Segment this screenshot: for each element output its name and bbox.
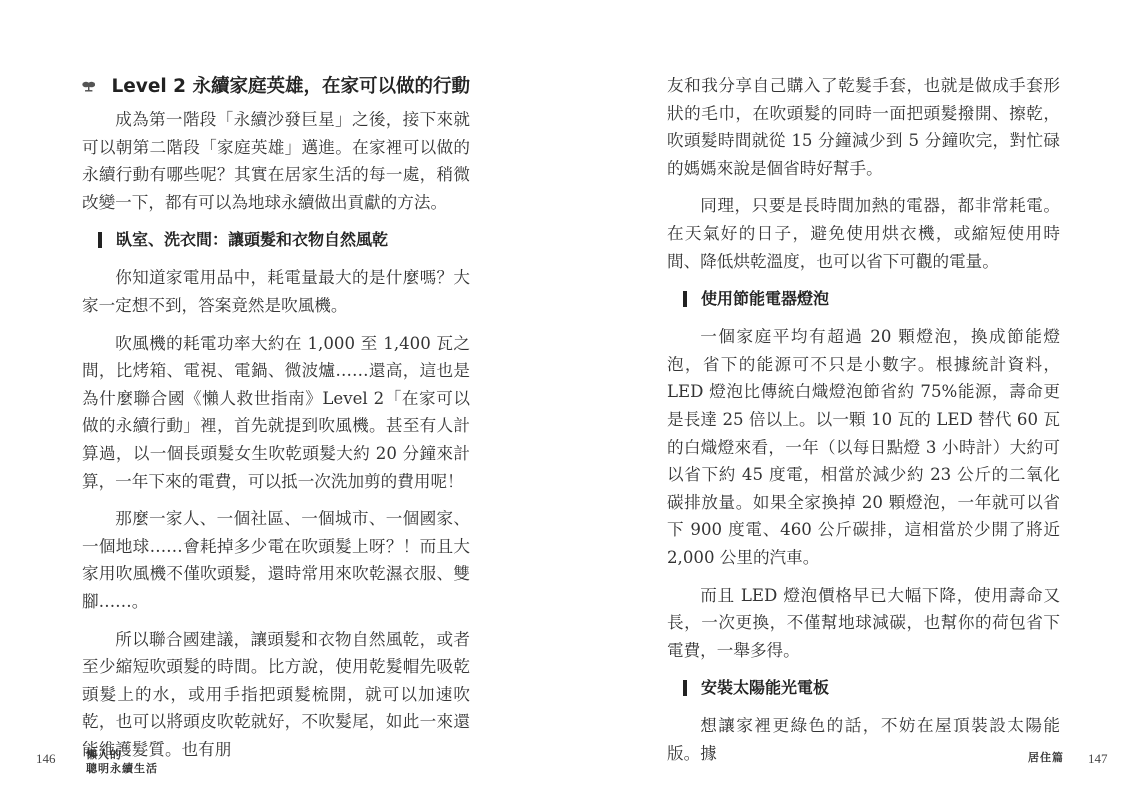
section-bar-icon xyxy=(683,291,687,307)
body-paragraph: 吹風機的耗電功率大約在 1,000 至 1,400 瓦之間，比烤箱、電視、電鍋、… xyxy=(82,330,470,496)
body-paragraph: 而且 LED 燈泡價格早已大幅下降，使用壽命又長，一次更換，不僅幫地球減碳，也幫… xyxy=(667,582,1060,665)
left-page: Level 2 永續家庭英雄，在家可以做的行動 成為第一階段「永續沙發巨星」之後… xyxy=(0,0,568,806)
body-paragraph: 所以聯合國建議，讓頭髮和衣物自然風乾，或者至少縮短吹頭髮的時間。比方說，使用乾髮… xyxy=(82,626,470,764)
body-paragraph: 那麼一家人、一個社區、一個城市、一個國家、一個地球……會耗掉多少電在吹頭髮上呀？… xyxy=(82,505,470,615)
right-text-column: 友和我分享自己購入了乾髮手套，也就是做成手套形狀的毛巾，在吹頭髮的同時一面把頭髮… xyxy=(667,70,1060,777)
chapter-heading-text: Level 2 永續家庭英雄，在家可以做的行動 xyxy=(111,70,470,104)
intro-paragraph: 成為第一階段「永續沙發巨星」之後，接下來就可以朝第二階段「家庭英雄」邁進。在家裡… xyxy=(82,106,470,216)
right-page: 友和我分享自己購入了乾髮手套，也就是做成手套形狀的毛巾，在吹頭髮的同時一面把頭髮… xyxy=(568,0,1136,806)
page-number-right: 147 xyxy=(1088,751,1108,767)
left-text-column: Level 2 永續家庭英雄，在家可以做的行動 成為第一階段「永續沙發巨星」之後… xyxy=(82,70,470,773)
body-paragraph: 一個家庭平均有超過 20 顆燈泡，換成節能燈泡，省下的能源可不只是小數字。根據統… xyxy=(667,323,1060,571)
continued-paragraph: 友和我分享自己購入了乾髮手套，也就是做成手套形狀的毛巾，在吹頭髮的同時一面把頭髮… xyxy=(667,72,1060,182)
section-heading-text: 使用節能電器燈泡 xyxy=(701,285,829,313)
section-bar-icon xyxy=(683,680,687,696)
running-head-left: 懶人的 聰明永續生活 xyxy=(86,748,158,776)
running-head-right: 居住篇 xyxy=(1028,751,1064,765)
body-paragraph: 想讓家裡更綠色的話，不妨在屋頂裝設太陽能版。據 xyxy=(667,712,1060,767)
section-heading-text: 安裝太陽能光電板 xyxy=(701,674,829,702)
section-heading-text: 臥室、洗衣間：讓頭髮和衣物自然風乾 xyxy=(116,226,388,254)
body-paragraph: 你知道家電用品中，耗電量最大的是什麼嗎？大家一定想不到，答案竟然是吹風機。 xyxy=(82,264,470,319)
section-heading-solar-panels: 安裝太陽能光電板 xyxy=(683,674,1060,702)
chapter-heading: Level 2 永續家庭英雄，在家可以做的行動 xyxy=(82,70,470,104)
section-heading-bedroom-laundry: 臥室、洗衣間：讓頭髮和衣物自然風乾 xyxy=(98,226,470,254)
running-head-line2: 聰明永續生活 xyxy=(86,762,158,776)
page-number-left: 146 xyxy=(36,751,56,767)
body-paragraph: 同理，只要是長時間加熱的電器，都非常耗電。在天氣好的日子，避免使用烘衣機，或縮短… xyxy=(667,192,1060,275)
sprout-icon xyxy=(82,77,95,97)
section-bar-icon xyxy=(98,232,102,248)
section-heading-led-bulbs: 使用節能電器燈泡 xyxy=(683,285,1060,313)
running-head-line1: 懶人的 xyxy=(86,748,158,762)
